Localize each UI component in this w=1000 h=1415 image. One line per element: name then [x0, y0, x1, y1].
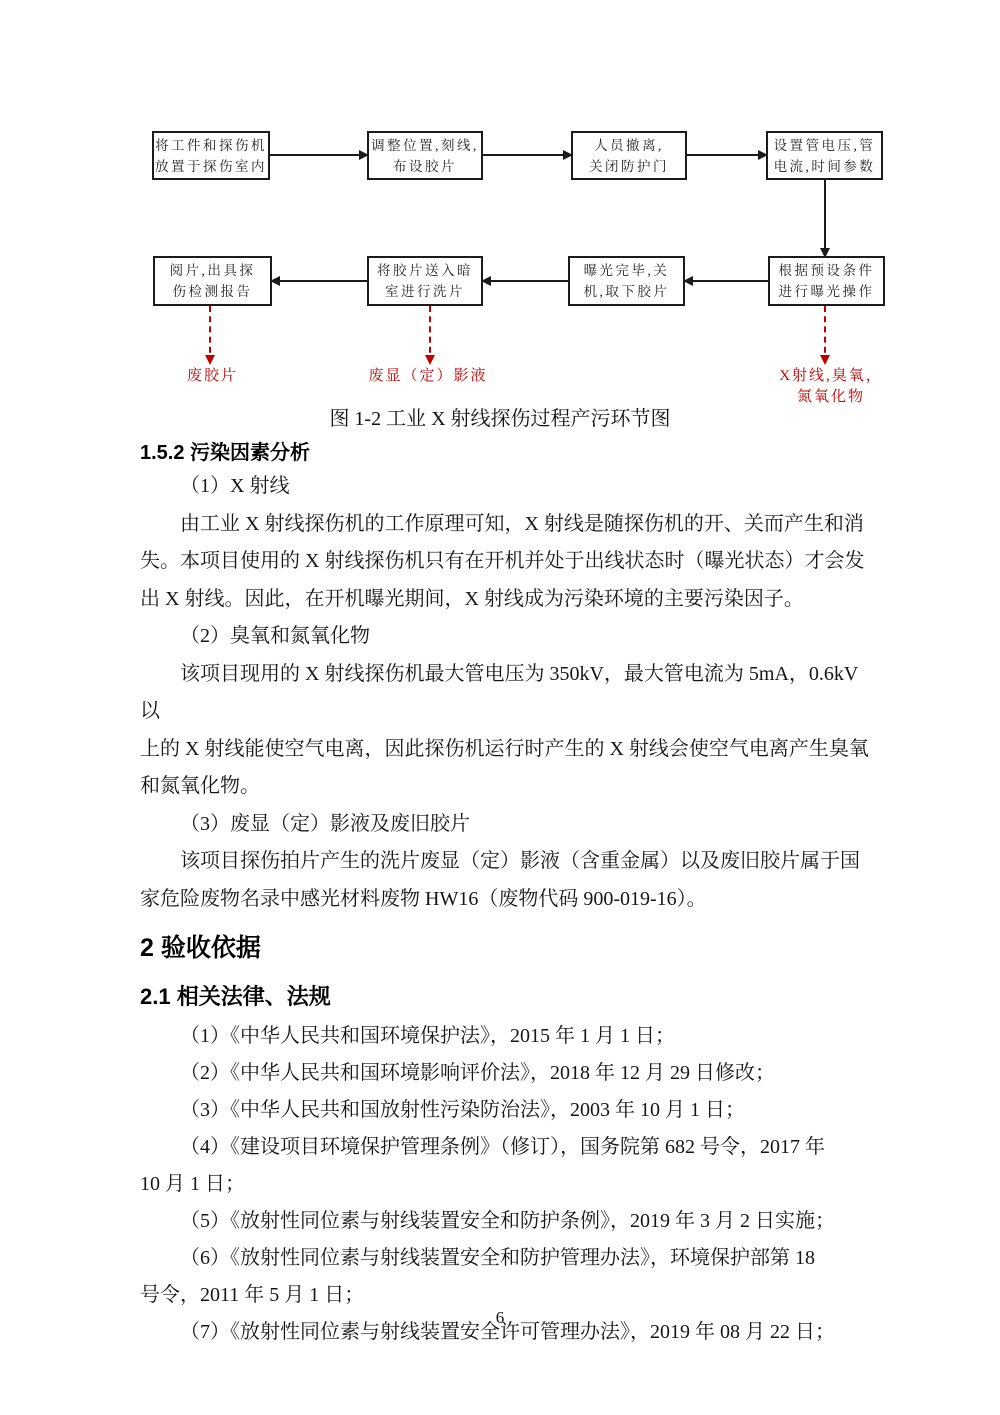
paragraph-line: 失。本项目使用的 X 射线探伤机只有在开机并处于出线状态时（曝光状态）才会发 — [140, 543, 872, 581]
flow-arrow-left-icon — [685, 280, 768, 282]
waste-label-xray-ozone: X射线,臭氧， 氮氧化物 — [751, 366, 911, 408]
arrowhead-icon — [683, 276, 693, 286]
arrowhead-icon — [270, 276, 280, 286]
paragraph-line: 上的 X 射线能使空气电离，因此探伤机运行时产生的 X 射线会使空气电离产生臭氧 — [140, 731, 872, 769]
flowchart-box-exposure-operation: 根据预设条件 进行曝光操作 — [768, 256, 885, 306]
flowchart: 将工件和探伤机 放置于探伤室内 调整位置,刻线, 布设胶片 人员撤离, 关闭防护… — [0, 0, 1000, 440]
flowchart-box-place-workpiece: 将工件和探伤机 放置于探伤室内 — [152, 131, 270, 180]
flow-arrow-left-icon — [272, 280, 367, 282]
paragraph-line: 出 X 射线。因此，在开机曝光期间，X 射线成为污染环境的主要污染因子。 — [140, 581, 872, 619]
page-number: 6 — [0, 1308, 1000, 1328]
flow-arrow-right-icon — [270, 154, 367, 156]
waste-arrow-icon — [429, 306, 431, 363]
list-item: （2）臭氧和氮氧化物 — [140, 618, 872, 656]
paragraph-line: 和氮氧化物。 — [140, 768, 872, 806]
document-page: 将工件和探伤机 放置于探伤室内 调整位置,刻线, 布设胶片 人员撤离, 关闭防护… — [0, 0, 1000, 1415]
flowchart-box-adjust-position: 调整位置,刻线, 布设胶片 — [367, 131, 483, 180]
arrowhead-icon — [205, 355, 215, 365]
flow-arrow-left-icon — [483, 280, 568, 282]
flow-arrow-down-icon — [824, 180, 826, 256]
waste-arrow-icon — [209, 306, 211, 363]
arrowhead-icon — [758, 150, 768, 160]
heading-1-5-2: 1.5.2 污染因素分析 — [140, 438, 872, 468]
paragraph-line: 家危险废物名录中感光材料废物 HW16（废物代码 900-019-16）。 — [140, 881, 872, 919]
waste-arrow-icon — [824, 306, 826, 363]
flowchart-box-set-parameters: 设置管电压,管 电流,时间参数 — [766, 131, 883, 180]
paragraph-line: 该项目探伤拍片产生的洗片废显（定）影液（含重金属）以及废旧胶片属于国 — [140, 843, 872, 881]
arrowhead-icon — [481, 276, 491, 286]
law-item-continuation: 10 月 1 日； — [140, 1166, 872, 1203]
paragraph-line: 由工业 X 射线探伤机的工作原理可知，X 射线是随探伤机的开、关而产生和消 — [140, 506, 872, 544]
heading-2: 2 验收依据 — [140, 928, 872, 968]
figure-caption: 图 1-2 工业 X 射线探伤过程产污环节图 — [0, 406, 1000, 432]
arrowhead-icon — [820, 355, 830, 365]
arrowhead-icon — [563, 150, 573, 160]
arrowhead-icon — [359, 150, 369, 160]
flow-arrow-right-icon — [483, 154, 571, 156]
law-item: （6）《放射性同位素与射线装置安全和防护管理办法》，环境保护部第 18 — [140, 1240, 872, 1277]
waste-label-film: 废胶片 — [150, 366, 275, 387]
heading-2-1: 2.1 相关法律、法规 — [140, 980, 872, 1014]
flow-arrow-right-icon — [687, 154, 766, 156]
flowchart-box-read-film: 阅片,出具探 伤检测报告 — [153, 256, 272, 306]
flowchart-box-develop-film: 将胶片送入暗 室进行洗片 — [367, 256, 483, 306]
law-item: （4）《建设项目环境保护管理条例》（修订），国务院第 682 号令，2017 年 — [140, 1129, 872, 1166]
document-body: 1.5.2 污染因素分析 （1）X 射线 由工业 X 射线探伤机的工作原理可知，… — [140, 438, 872, 1351]
paragraph-line: 该项目现用的 X 射线探伤机最大管电压为 350kV，最大管电流为 5mA，0.… — [140, 656, 872, 731]
waste-label-developer: 废显（定）影液 — [348, 366, 508, 387]
arrowhead-icon — [425, 355, 435, 365]
list-item: （3）废显（定）影液及废旧胶片 — [140, 806, 872, 844]
law-item: （1）《中华人民共和国环境保护法》，2015 年 1 月 1 日； — [140, 1018, 872, 1055]
law-item: （5）《放射性同位素与射线装置安全和防护条例》，2019 年 3 月 2 日实施… — [140, 1203, 872, 1240]
list-item: （1）X 射线 — [140, 468, 872, 506]
law-list: （1）《中华人民共和国环境保护法》，2015 年 1 月 1 日； （2）《中华… — [140, 1018, 872, 1351]
arrowhead-icon — [820, 248, 830, 258]
flowchart-box-evacuate: 人员撤离, 关闭防护门 — [571, 131, 687, 180]
law-item: （2）《中华人民共和国环境影响评价法》，2018 年 12 月 29 日修改； — [140, 1055, 872, 1092]
law-item: （3）《中华人民共和国放射性污染防治法》，2003 年 10 月 1 日； — [140, 1092, 872, 1129]
flowchart-box-exposure-done: 曝光完毕,关 机,取下胶片 — [568, 256, 685, 306]
